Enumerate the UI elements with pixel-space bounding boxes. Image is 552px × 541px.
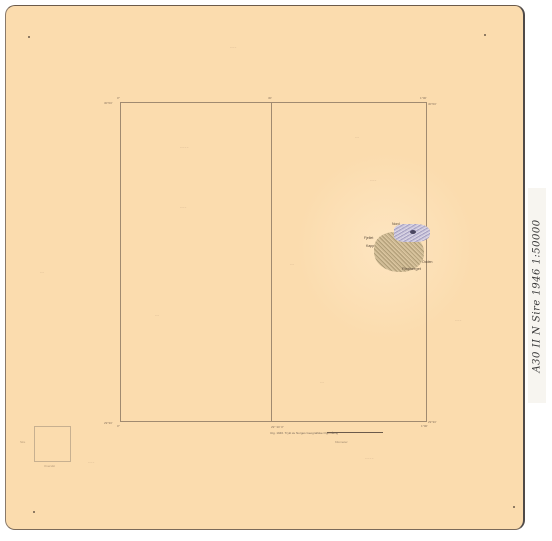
faint-annotation: ~~~~: [180, 145, 189, 149]
faint-annotation: ~~: [40, 270, 45, 274]
faint-annotation: ~~~: [230, 45, 237, 49]
coord-top-mid: 30': [268, 96, 272, 100]
pin-hole: [28, 36, 30, 38]
coord-top-left: 0°: [117, 96, 120, 100]
inset-label: Oversikt: [44, 464, 55, 468]
island-sire: Nord Fjellet Kapp Flesberget Odden: [372, 222, 432, 274]
scale-bar-caption: Kilometer: [335, 440, 348, 444]
faint-annotation: ~~~: [88, 460, 95, 464]
faint-annotation: ~~: [355, 135, 360, 139]
lat-top-left: 30°00': [104, 101, 112, 105]
coord-top-right: 1°00': [420, 96, 427, 100]
scale-bar: [327, 432, 383, 435]
faint-annotation: ~~~: [455, 318, 462, 322]
pin-hole: [513, 506, 515, 508]
faint-annotation: ~~~: [370, 178, 377, 182]
coord-bottom-right: 1°00': [421, 424, 428, 428]
faint-annotation: ~~: [320, 380, 325, 384]
place-label: Fjellet: [364, 236, 373, 240]
pin-hole: [33, 511, 35, 513]
lat-top-right: 30°00': [428, 102, 436, 106]
pin-hole: [484, 34, 486, 36]
place-label: Nord: [392, 222, 400, 226]
coord-note: 29° 30' 0": [271, 425, 284, 429]
island-peak: [410, 230, 416, 234]
sheet-label-strip: A30 II N Sire 1946 1:50000: [528, 188, 546, 403]
lat-bottom-left: 29°30': [104, 421, 112, 425]
meridian-line: [271, 102, 272, 422]
inset-side-label: Sire: [20, 440, 25, 444]
faint-annotation: ~~: [290, 262, 295, 266]
place-label-main: Flesberget: [402, 266, 421, 271]
place-label: Kapp: [366, 244, 374, 248]
faint-annotation: ~~~~: [365, 456, 374, 460]
place-label: Odden: [422, 260, 433, 264]
lat-bottom-right: 29°30': [428, 420, 436, 424]
coord-bottom-left: 0°: [117, 424, 120, 428]
index-inset: [34, 426, 71, 462]
faint-annotation: ~~: [155, 313, 160, 317]
faint-annotation: ~~~: [180, 205, 187, 209]
sheet-label-text: A30 II N Sire 1946 1:50000: [532, 219, 543, 372]
